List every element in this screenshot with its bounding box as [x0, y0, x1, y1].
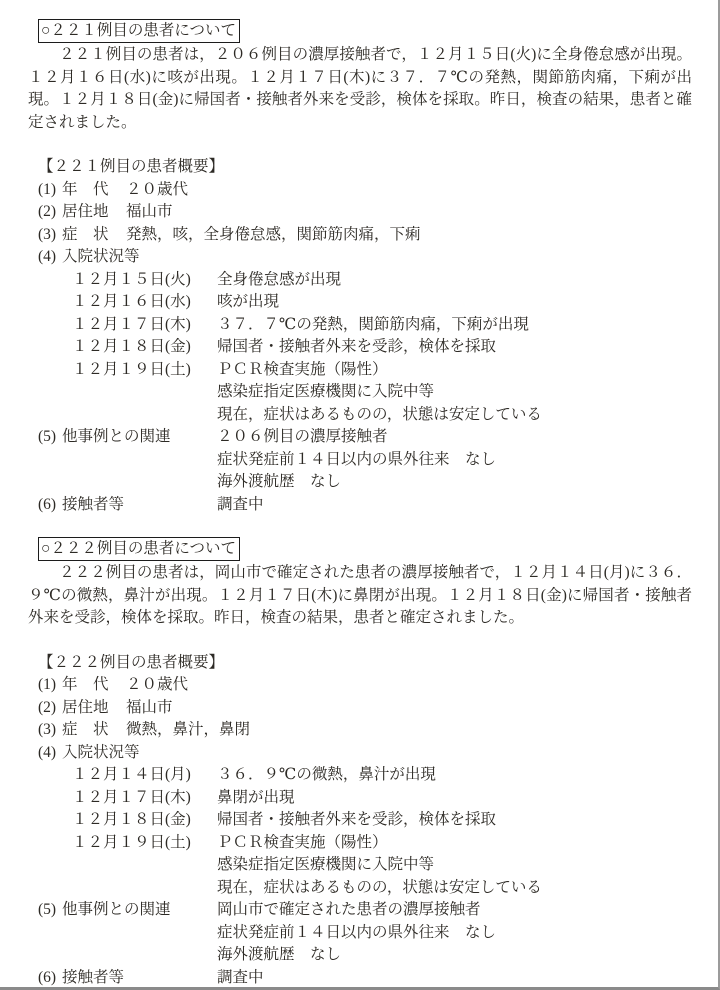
timeline-desc: 全身倦怠感が出現 — [217, 269, 692, 292]
timeline-desc: 鼻閉が出現 — [217, 787, 692, 810]
case-paragraph: ２２２例目の患者は，岡山市で確定された患者の濃厚接触者で，１２月１４日(月)に３… — [28, 562, 692, 630]
timeline-row: 感染症指定医療機関に入院中等 — [28, 381, 692, 404]
timeline-desc: ＰＣＲ検査実施（陽性） — [217, 359, 692, 382]
timeline-date: １２月１８日(金) — [72, 809, 217, 832]
timeline-date — [72, 877, 217, 900]
summary-row: (5) 他事例との関連 岡山市で確定された患者の濃厚接触者 — [28, 899, 692, 922]
timeline-desc: 咳が出現 — [217, 291, 692, 314]
timeline-desc: 帰国者・接触者外来を受診，検体を採取 — [217, 336, 692, 359]
timeline-row: 現在，症状はあるものの，状態は安定している — [28, 404, 692, 427]
summary-row: (6) 接触者等 調査中 — [28, 494, 692, 517]
row-number: (5) — [38, 426, 62, 449]
timeline-row: １２月１７日(木) 鼻閉が出現 — [28, 787, 692, 810]
timeline-desc: ３６．９℃の微熱，鼻汁が出現 — [217, 764, 692, 787]
timeline-row: １２月１６日(水) 咳が出現 — [28, 291, 692, 314]
timeline-date: １２月１９日(土) — [72, 832, 217, 855]
row-number: (5) — [38, 899, 62, 922]
row-value: 微熱，鼻汁，鼻閉 — [126, 719, 692, 742]
row-number — [38, 922, 62, 945]
summary-row: 症状発症前１４日以内の県外往来 なし — [28, 449, 692, 472]
summary-row: (1) 年 代 ２０歳代 — [28, 179, 692, 202]
row-value: 調査中 — [217, 967, 692, 990]
summary-row: 海外渡航歴 なし — [28, 471, 692, 494]
timeline-date: １２月１７日(木) — [72, 787, 217, 810]
document-page: ○２２１例目の患者について ２２１例目の患者は，２０６例目の濃厚接触者で，１２月… — [0, 0, 720, 990]
row-number — [38, 944, 62, 967]
overview-heading: 【２２１例目の患者概要】 — [38, 156, 692, 179]
row-label: 他事例との関連 — [62, 899, 217, 922]
row-label: 他事例との関連 — [62, 426, 217, 449]
row-value: ２０歳代 — [126, 674, 692, 697]
row-label: 居住地 — [62, 697, 126, 720]
row-value: 福山市 — [126, 201, 692, 224]
row-value: ２０歳代 — [126, 179, 692, 202]
timeline-date: １２月１６日(水) — [72, 291, 217, 314]
row-value — [126, 246, 692, 269]
case-title: ○２２２例目の患者について — [41, 540, 236, 557]
timeline-row: １２月１４日(月) ３６．９℃の微熱，鼻汁が出現 — [28, 764, 692, 787]
timeline-desc: ３７．７℃の発熱，関節筋肉痛，下痢が出現 — [217, 314, 692, 337]
summary-row: 症状発症前１４日以内の県外往来 なし — [28, 922, 692, 945]
timeline-date — [72, 404, 217, 427]
timeline-row: １２月１９日(土) ＰＣＲ検査実施（陽性） — [28, 359, 692, 382]
row-label: 症 状 — [62, 224, 126, 247]
row-label: 入院状況等 — [62, 742, 126, 765]
row-number: (3) — [38, 224, 62, 247]
row-label: 居住地 — [62, 201, 126, 224]
row-label: 接触者等 — [62, 967, 217, 990]
row-value: 発熱，咳，全身倦怠感，関節筋肉痛，下痢 — [126, 224, 692, 247]
timeline-date: １２月１８日(金) — [72, 336, 217, 359]
row-value: 海外渡航歴 なし — [217, 471, 692, 494]
timeline-row: 現在，症状はあるものの，状態は安定している — [28, 877, 692, 900]
timeline-date: １２月１５日(火) — [72, 269, 217, 292]
row-label: 入院状況等 — [62, 246, 126, 269]
row-label: 年 代 — [62, 179, 126, 202]
row-label — [62, 449, 217, 472]
summary-row: (4) 入院状況等 — [28, 246, 692, 269]
row-value: 岡山市で確定された患者の濃厚接触者 — [217, 899, 692, 922]
timeline-desc: ＰＣＲ検査実施（陽性） — [217, 832, 692, 855]
timeline-date: １２月１４日(月) — [72, 764, 217, 787]
timeline-row: １２月１８日(金) 帰国者・接触者外来を受診，検体を採取 — [28, 809, 692, 832]
row-value: 調査中 — [217, 494, 692, 517]
row-label — [62, 944, 217, 967]
case-title-box: ○２２１例目の患者について — [38, 19, 240, 43]
row-value: 海外渡航歴 なし — [217, 944, 692, 967]
row-value: 福山市 — [126, 697, 692, 720]
row-number: (2) — [38, 201, 62, 224]
timeline-date — [72, 854, 217, 877]
row-label: 接触者等 — [62, 494, 217, 517]
timeline-row: １２月１９日(土) ＰＣＲ検査実施（陽性） — [28, 832, 692, 855]
row-value: 症状発症前１４日以内の県外往来 なし — [217, 922, 692, 945]
case-section-221: ○２２１例目の患者について ２２１例目の患者は，２０６例目の濃厚接触者で，１２月… — [28, 13, 692, 516]
row-label: 症 状 — [62, 719, 126, 742]
row-label — [62, 471, 217, 494]
timeline-row: １２月１８日(金) 帰国者・接触者外来を受診，検体を採取 — [28, 336, 692, 359]
summary-row: (6) 接触者等 調査中 — [28, 967, 692, 990]
timeline-row: 感染症指定医療機関に入院中等 — [28, 854, 692, 877]
summary-row: 海外渡航歴 なし — [28, 944, 692, 967]
row-number — [38, 471, 62, 494]
summary-row: (1) 年 代 ２０歳代 — [28, 674, 692, 697]
overview-heading: 【２２２例目の患者概要】 — [38, 652, 692, 675]
timeline-desc: 帰国者・接触者外来を受診，検体を採取 — [217, 809, 692, 832]
row-label — [62, 922, 217, 945]
summary-row: (4) 入院状況等 — [28, 742, 692, 765]
row-number: (3) — [38, 719, 62, 742]
timeline-desc: 現在，症状はあるものの，状態は安定している — [217, 877, 692, 900]
timeline-desc: 感染症指定医療機関に入院中等 — [217, 854, 692, 877]
row-number: (1) — [38, 179, 62, 202]
row-number: (1) — [38, 674, 62, 697]
timeline-date — [72, 381, 217, 404]
timeline-desc: 現在，症状はあるものの，状態は安定している — [217, 404, 692, 427]
summary-row: (2) 居住地 福山市 — [28, 201, 692, 224]
summary-row: (3) 症 状 微熱，鼻汁，鼻閉 — [28, 719, 692, 742]
timeline-date: １２月１７日(木) — [72, 314, 217, 337]
summary-row: (5) 他事例との関連 ２０６例目の濃厚接触者 — [28, 426, 692, 449]
row-number: (6) — [38, 967, 62, 990]
row-value: ２０６例目の濃厚接触者 — [217, 426, 692, 449]
row-value — [126, 742, 692, 765]
timeline-row: １２月１７日(木) ３７．７℃の発熱，関節筋肉痛，下痢が出現 — [28, 314, 692, 337]
case-title: ○２２１例目の患者について — [41, 22, 236, 39]
row-number: (6) — [38, 494, 62, 517]
row-number: (4) — [38, 742, 62, 765]
summary-row: (3) 症 状 発熱，咳，全身倦怠感，関節筋肉痛，下痢 — [28, 224, 692, 247]
row-number — [38, 449, 62, 472]
case-title-box: ○２２２例目の患者について — [38, 537, 240, 561]
case-section-222: ○２２２例目の患者について ２２２例目の患者は，岡山市で確定された患者の濃厚接触… — [28, 531, 692, 989]
timeline-date: １２月１９日(土) — [72, 359, 217, 382]
timeline-row: １２月１５日(火) 全身倦怠感が出現 — [28, 269, 692, 292]
row-number: (4) — [38, 246, 62, 269]
row-label: 年 代 — [62, 674, 126, 697]
row-value: 症状発症前１４日以内の県外往来 なし — [217, 449, 692, 472]
timeline-desc: 感染症指定医療機関に入院中等 — [217, 381, 692, 404]
case-paragraph: ２２１例目の患者は，２０６例目の濃厚接触者で，１２月１５日(火)に全身倦怠感が出… — [28, 44, 692, 134]
summary-row: (2) 居住地 福山市 — [28, 697, 692, 720]
row-number: (2) — [38, 697, 62, 720]
